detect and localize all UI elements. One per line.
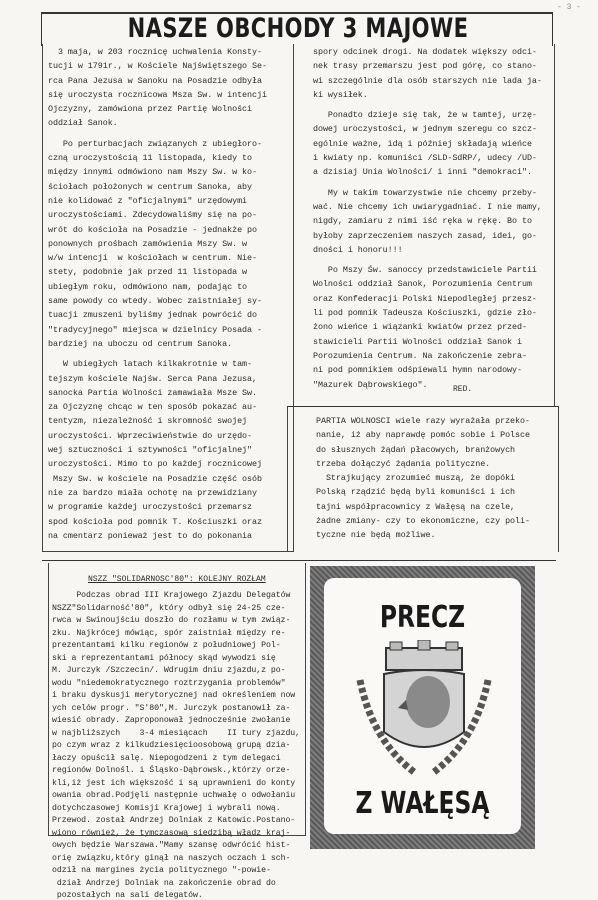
- text-line: tajni współpracownicy z Wałęsą na czele,: [316, 500, 530, 514]
- text-line: sanocka Partia Wolności zamawiała Msze S…: [48, 386, 294, 400]
- text-line: a dzisiaj Unia Wolności/ i inni "demokra…: [313, 165, 559, 179]
- article3-body: Podczas obrad III Krajowego Zjazdu Deleg…: [52, 590, 300, 900]
- poster-panel: PRECZ Z WAŁĘSĄ: [324, 578, 521, 834]
- text-line: między innymi odmówiono nam Mszy Sw. w k…: [48, 165, 294, 179]
- text-line: się uroczysta rocznicowa Msza Sw. w inte…: [48, 88, 294, 102]
- article-signature: RED.: [453, 385, 472, 394]
- text-line: stawicieli Partii Wolności oddział Sanok…: [313, 335, 559, 349]
- text-line: Po Mszy Św. sanoccy przedstawiciele Part…: [313, 263, 559, 277]
- text-line: tejszym kościele Najśw. Serca Pana Jezus…: [48, 372, 294, 386]
- text-line: wrót do kościoła na Posadzie - jednakże …: [48, 223, 294, 237]
- text-line: Ojczyzny, zamówiona przez Partię Wolnośc…: [48, 102, 294, 116]
- text-line: tentyzm, niezależność i skromność swojej: [48, 414, 294, 428]
- text-line: Ponadto dzieje się tak, że w tamtej, urz…: [313, 108, 559, 122]
- text-line: orię związku,który ginął na naszych ocza…: [52, 853, 300, 866]
- text-line: nigdy, zamiaru z nimi iść ręka w rękę. B…: [313, 214, 559, 228]
- text-line: ski a reprezentantami północy skąd wywod…: [52, 653, 300, 666]
- text-line: żadne zmiany- czy to ekonomiczne, czy po…: [316, 514, 530, 528]
- text-line: dowej uroczystości, w jednym szeregu co …: [313, 122, 559, 136]
- text-line: Po perturbacjach związanych z ubiegłoro-: [48, 137, 294, 151]
- text-line: nek trasy przemarszu jest pod górę, co s…: [313, 59, 559, 73]
- poster-top-text: PRECZ: [346, 600, 500, 635]
- text-line: ponownych prośbach zamówienia Mszy Sw. w: [48, 237, 294, 251]
- text-line: Podczas obrad III Krajowego Zjazdu Deleg…: [52, 590, 300, 603]
- text-line: oddział Sanok.: [48, 116, 294, 130]
- text-line: Mszy Sw. w kościele na Posadzie część os…: [48, 472, 294, 486]
- text-line: bardziej na uboczu od centrum Sanoka.: [48, 337, 294, 351]
- crowned-portrait-emblem-icon: [354, 640, 494, 780]
- text-line: ególnie ważne, idą i później składają wi…: [313, 137, 559, 151]
- text-line: dział Andrzej Dolniak na zakończenie obr…: [52, 878, 300, 891]
- text-line: na cmentarz ponieważ jest to do pokonani…: [48, 529, 294, 543]
- article-headline: NASZE OBCHODY 3 MAJOWE: [98, 12, 499, 46]
- article1-right-column: spory odcinek drogi. Na dodatek większy …: [313, 45, 559, 392]
- text-line: nanie, iż aby naprawdę pomóc sobie i Pol…: [316, 428, 530, 442]
- text-line: regionów Dolnośl. i Śląsko-Dąbrowsk.,któ…: [52, 765, 300, 778]
- text-line: kli,iż jest ich większość i są uprawnien…: [52, 778, 300, 791]
- text-line: spod kościoła pod pomnik T. Kościuszki o…: [48, 515, 294, 529]
- text-line: uroczystościami. Zdecydowaliśmy się na p…: [48, 208, 294, 222]
- page-number: - 3 -: [557, 3, 581, 12]
- text-line: w najbliższych 3-4 miesiącach II tury zj…: [52, 728, 300, 741]
- text-line: li pod pomnik Tadeusza Kościuszki, gdzie…: [313, 306, 559, 320]
- text-line: "tradycyjnego" miejsca w dzielnicy Posad…: [48, 323, 294, 337]
- text-line: M. Jurczyk /Szczecin/. Wdrugim dniu zjaz…: [52, 665, 300, 678]
- text-line: My w takim towarzystwie nie chcemy przeb…: [313, 186, 559, 200]
- text-line: wodu "niedemokratycznego roztrzygania pr…: [52, 678, 300, 691]
- text-line: rwca w Swinoujściu doszło do rozłamu w t…: [52, 615, 300, 628]
- text-line: w/w intencji w kościołach w centrum. Nie…: [48, 251, 294, 265]
- text-line: NSZZ"Solidarność'80", który odbył się 24…: [52, 603, 300, 616]
- text-line: prezentantami kilku regionów z południow…: [52, 640, 300, 653]
- text-line: ubiegłym roku, odmówiono nam, podając to: [48, 280, 294, 294]
- text-line: PARTIA WOLNOSCI wiele razy wyrażała prze…: [316, 414, 530, 428]
- text-line: po czym wraz z kilkudziesięcioosobową gr…: [52, 740, 300, 753]
- text-line: Przewod. został Andrzej Dolniak z Katowi…: [52, 815, 300, 828]
- text-line: wiono również, że tymczasową siedzibą wł…: [52, 828, 300, 841]
- text-line: odził na margines życia politycznego "-p…: [52, 865, 300, 878]
- text-line: tuacji zmuszeni byliśmy jednak powrócić …: [48, 308, 294, 322]
- text-line: zku. Najkrócej mówiąc, spór zaistniał mi…: [52, 628, 300, 641]
- section-divider: [42, 560, 556, 561]
- article1-left-column: 3 maja, w 203 rocznicę uchwalenia Konsty…: [48, 45, 294, 543]
- text-line: nie kolidować z "oficjalnymi" urzędowymi: [48, 194, 294, 208]
- article3-title: NSZZ "SOLIDARNOSC'80": KOLEJNY ROZŁAM: [88, 575, 266, 584]
- text-line: byłoby zaprzeczeniem naszych zasad, idei…: [313, 229, 559, 243]
- text-line: wać. Nie chcemy ich uwiarygadniać. I nie…: [313, 200, 559, 214]
- text-line: dotychczasowej Komisji Krajowej i wybral…: [52, 803, 300, 816]
- text-line: i kwiaty np. komuniści /SLD-SdRP/, udecy…: [313, 151, 559, 165]
- text-line: wi szczególnie dla osób starszych nie la…: [313, 74, 559, 88]
- text-line: dności i honoru!!!: [313, 243, 559, 257]
- text-line: tyczne nie będą możliwe.: [316, 528, 530, 542]
- text-line: Polską rządzić będą byli komuniści i ich: [316, 485, 530, 499]
- poster: PRECZ Z WAŁĘSĄ: [310, 566, 535, 849]
- text-line: same powody co wtedy. Wobec zaistniałej …: [48, 294, 294, 308]
- text-line: Porozumienia Centrum. Na zakończenie zeb…: [313, 349, 559, 363]
- text-line: stety, podobnie jak przed 11 listopada w: [48, 265, 294, 279]
- article2-body: PARTIA WOLNOSCI wiele razy wyrażała prze…: [316, 414, 530, 543]
- text-line: ych celów progr. "S'80",M. Jurczyk posta…: [52, 703, 300, 716]
- text-line: Wolności oddział Sanok, Porozumienia Cen…: [313, 277, 559, 291]
- text-line: spory odcinek drogi. Na dodatek większy …: [313, 45, 559, 59]
- poster-bottom-text: Z WAŁĘSĄ: [346, 786, 500, 821]
- text-line: uroczystości. Wprzeciwieństwie do urzędo…: [48, 429, 294, 443]
- text-line: oraz Konfederacji Polski Niepodległej pr…: [313, 292, 559, 306]
- text-line: owych będzie Warszawa."Mamy szansę odwró…: [52, 840, 300, 853]
- text-line: W ubiegłych latach kilkakrotnie w tam-: [48, 357, 294, 371]
- text-line: wej sztuczności i sztywności "oficjalnej…: [48, 443, 294, 457]
- text-line: "Mazurek Dąbrowskiego".: [313, 378, 559, 392]
- text-line: czną uroczystością 11 listopada, kiedy t…: [48, 151, 294, 165]
- text-line: i braku dyskusji merytorycznej nad okreś…: [52, 690, 300, 703]
- text-line: w programie każdej uroczystości przemars…: [48, 500, 294, 514]
- text-line: uroczystości. Mimo to po każdej rocznico…: [48, 457, 294, 471]
- text-line: wiesić obrady. Zaproponował jednocześnie…: [52, 715, 300, 728]
- text-line: ki wysiłek.: [313, 88, 559, 102]
- text-line: nie za bardzo miała ochotę na przewidzia…: [48, 486, 294, 500]
- text-line: trzeba dołączyć żądania polityczne.: [316, 457, 530, 471]
- text-line: łaczy opuścił salę. Niepogodzeni z tym d…: [52, 753, 300, 766]
- text-line: pozostałych na sali delegatów.: [52, 890, 300, 900]
- text-line: Strajkujący zrozumieć muszą, że dopóki: [316, 471, 530, 485]
- text-line: rca Pana Jezusa w Sanoku na Posadzie odb…: [48, 74, 294, 88]
- text-line: za Ojczyznę chcąc w ten sposób pokazać a…: [48, 400, 294, 414]
- text-line: do słusznych żądań płacowych, branżowych: [316, 443, 530, 457]
- text-line: żono wieńce i wiązanki kwiatów przez prz…: [313, 320, 559, 334]
- text-line: 3 maja, w 203 rocznicę uchwalenia Konsty…: [48, 45, 294, 59]
- text-line: ściołach położonych w centrum Sanoka, ab…: [48, 180, 294, 194]
- text-line: owania obrad.Podjęli następnie uchwałę o…: [52, 790, 300, 803]
- text-line: tucji w 1791r., w Kościele Najświętszego…: [48, 59, 294, 73]
- text-line: ni pod pomnikiem odśpiewali hymn narodow…: [313, 363, 559, 377]
